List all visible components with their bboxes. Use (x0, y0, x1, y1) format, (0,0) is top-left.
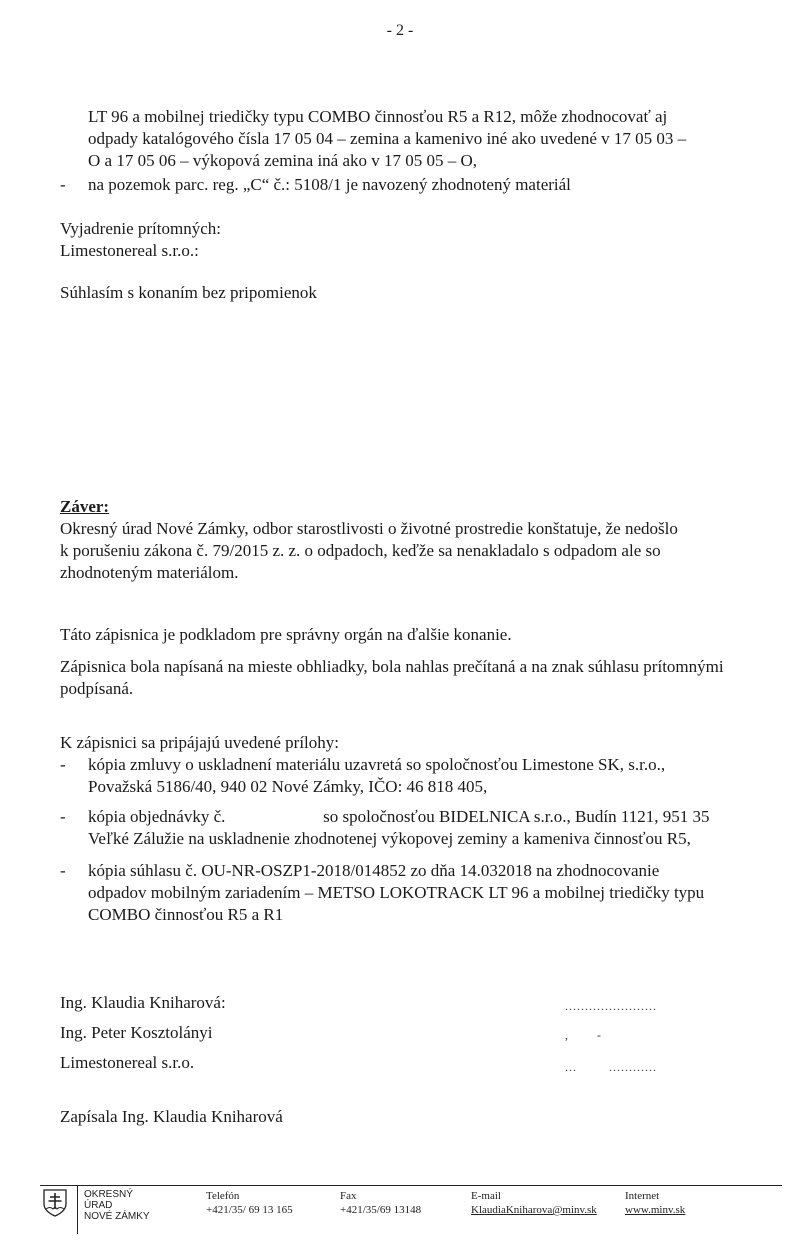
intro-line-2: odpady katalógového čísla 17 05 04 – zem… (88, 128, 765, 150)
footer-phone-label: Telefón (206, 1189, 293, 1203)
conclusion-heading: Záver: (60, 496, 109, 518)
signature-name-3: Limestonereal s.r.o. (60, 1052, 765, 1074)
intro-line-3: O a 17 05 06 – výkopová zemina iná ako v… (88, 150, 765, 172)
footer-vertical-divider (77, 1186, 78, 1234)
footer-office-line-2: ÚRAD (84, 1200, 150, 1211)
footer-email-label: E-mail (471, 1189, 597, 1203)
attachment-dash-1: - (60, 754, 80, 776)
page-number: - 2 - (0, 20, 800, 42)
intro-bullet: na pozemok parc. reg. „C“ č.: 5108/1 je … (88, 174, 765, 196)
statements-text: Súhlasím s konaním bez pripomienok (60, 282, 765, 304)
attachment-dash-3: - (60, 860, 80, 882)
attachment-2-line-2: Veľké Zálužie na uskladnenie zhodnotenej… (88, 828, 765, 850)
signature-name-1: Ing. Klaudia Kniharová: (60, 992, 765, 1014)
signature-name-2: Ing. Peter Kosztolányi (60, 1022, 765, 1044)
footer-phone-value: +421/35/ 69 13 165 (206, 1203, 293, 1217)
footer-office-line-3: NOVÉ ZÁMKY (84, 1211, 150, 1222)
footer-internet-link[interactable]: www.minv.sk (625, 1203, 685, 1217)
footer-internet-label: Internet (625, 1189, 685, 1203)
recorded-by: Zapísala Ing. Klaudia Kniharová (60, 1106, 765, 1128)
conclusion-line-3: zhodnoteným materiálom. (60, 562, 765, 584)
conclusion-line-2: k porušeniu zákona č. 79/2015 z. z. o od… (60, 540, 765, 562)
signature-line-2: , - (565, 1024, 602, 1046)
attachments-heading: K zápisnici sa pripájajú uvedené prílohy… (60, 732, 765, 754)
signed-note-line-2: podpísaná. (60, 678, 765, 700)
signature-line-3: ... ............ (565, 1056, 657, 1078)
footer-fax-label: Fax (340, 1189, 421, 1203)
attachment-3-line-1: kópia súhlasu č. OU-NR-OSZP1-2018/014852… (88, 860, 765, 882)
footer-email: E-mail KlaudiaKniharova@minv.sk (471, 1189, 597, 1217)
attachment-dash-2: - (60, 806, 80, 828)
attachment-1-line-2: Považská 5186/40, 940 02 Nové Zámky, IČO… (88, 776, 765, 798)
signature-line-1: ....................... (565, 995, 657, 1017)
footer-fax-value: +421/35/69 13148 (340, 1203, 421, 1217)
footer-email-link[interactable]: KlaudiaKniharova@minv.sk (471, 1203, 597, 1217)
attachment-3-line-2: odpadov mobilným zariadením – METSO LOKO… (88, 882, 765, 904)
attachment-1-line-1: kópia zmluvy o uskladnení materiálu uzav… (88, 754, 765, 776)
footer-internet: Internet www.minv.sk (625, 1189, 685, 1217)
statements-heading: Vyjadrenie prítomných: (60, 218, 765, 240)
statements-party: Limestonereal s.r.o.: (60, 240, 765, 262)
footer-phone: Telefón +421/35/ 69 13 165 (206, 1189, 293, 1217)
coat-of-arms-icon (42, 1188, 68, 1218)
intro-line-1: LT 96 a mobilnej triedičky typu COMBO či… (88, 106, 765, 128)
footer-fax: Fax +421/35/69 13148 (340, 1189, 421, 1217)
footer-divider (40, 1185, 782, 1186)
conclusion-line-1: Okresný úrad Nové Zámky, odbor starostli… (60, 518, 765, 540)
attachment-3-line-3: COMBO činnosťou R5 a R1 (88, 904, 765, 926)
footer-office-line-1: OKRESNÝ (84, 1189, 150, 1200)
basis-note: Táto zápisnica je podkladom pre správny … (60, 624, 765, 646)
attachment-2-line-1: kópia objednávky č. so spoločnosťou BIDE… (88, 806, 765, 828)
bullet-dash: - (60, 174, 80, 196)
signed-note-line-1: Zápisnica bola napísaná na mieste obhlia… (60, 656, 765, 678)
footer-office: OKRESNÝ ÚRAD NOVÉ ZÁMKY (84, 1189, 150, 1222)
